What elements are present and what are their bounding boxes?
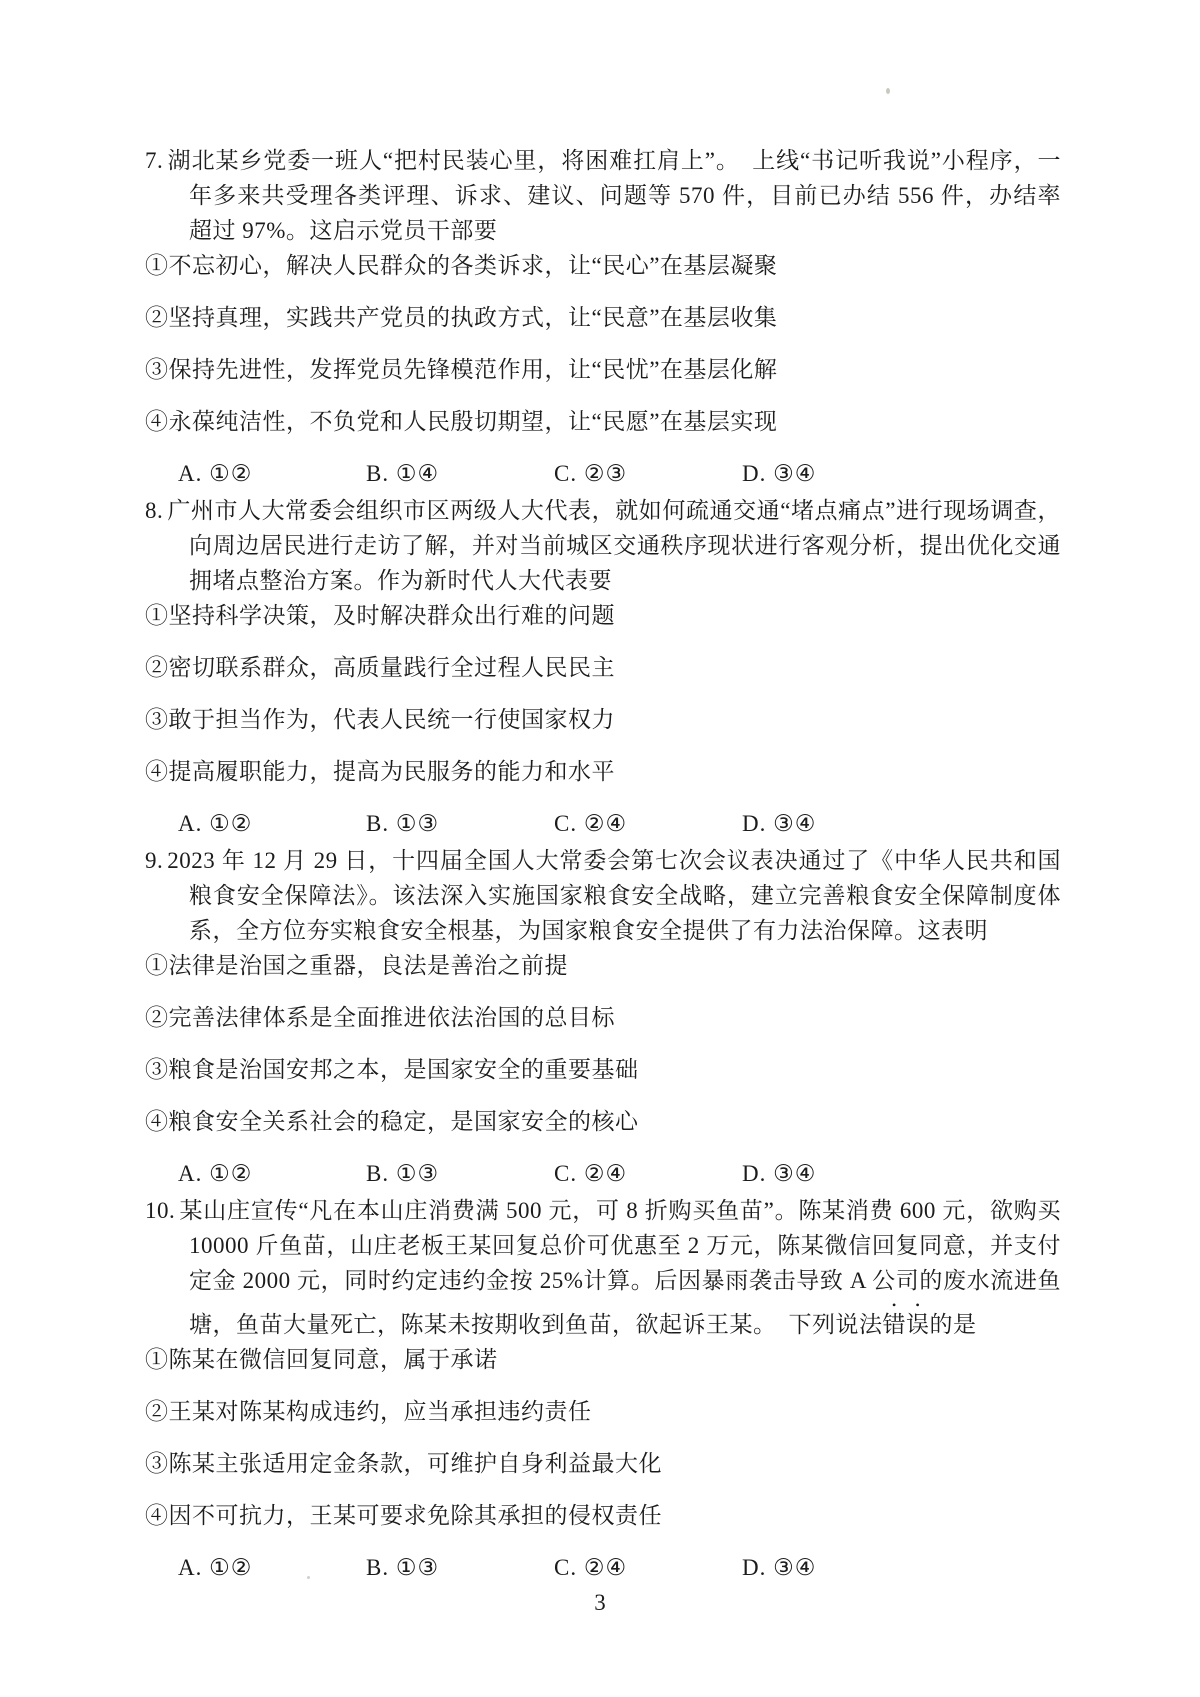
statement-option-3: ③粮食是治国安邦之本，是国家安全的重要基础 <box>145 1052 1061 1087</box>
choice-a: A. ①② <box>178 806 366 841</box>
statement-option-4: ④永葆纯洁性，不负党和人民殷切期望，让“民愿”在基层实现 <box>145 404 1061 439</box>
answer-choices-row: A. ①② B. ①③ C. ②④ D. ③④ <box>145 1550 1061 1585</box>
statement-option-1: ①陈某在微信回复同意，属于承诺 <box>145 1342 1061 1377</box>
statement-option-2: ②王某对陈某构成违约，应当承担违约责任 <box>145 1394 1061 1429</box>
exam-content: 7.湖北某乡党委一班人“把村民装心里，将困难扛肩上”。 上线“书记听我说”小程序… <box>145 143 1061 1587</box>
statement-option-1: ①不忘初心，解决人民群众的各类诉求，让“民心”在基层凝聚 <box>145 248 1061 283</box>
question-10-stem: 10.某山庄宣传“凡在本山庄消费满 500 元，可 8 折购买鱼苗”。陈某消费 … <box>145 1193 1061 1342</box>
statement-option-1: ①法律是治国之重器，良法是善治之前提 <box>145 948 1061 983</box>
choice-b: B. ①④ <box>366 456 554 491</box>
choice-c: C. ②④ <box>554 1550 742 1585</box>
statement-option-2: ②密切联系群众，高质量践行全过程人民民主 <box>145 650 1061 685</box>
statement-option-1: ①坚持科学决策，及时解决群众出行难的问题 <box>145 598 1061 633</box>
statement-option-2: ②完善法律体系是全面推进依法治国的总目标 <box>145 1000 1061 1035</box>
choice-c: C. ②④ <box>554 1156 742 1191</box>
statement-option-3: ③陈某主张适用定金条款，可维护自身利益最大化 <box>145 1446 1061 1481</box>
statement-option-3: ③保持先进性，发挥党员先锋模范作用，让“民忧”在基层化解 <box>145 352 1061 387</box>
question-stem-text: 2023 年 12 月 29 日，十四届全国人大常委会第七次会议表决通过了《中华… <box>167 848 1061 943</box>
question-8-stem: 8.广州市人大常委会组织市区两级人大代表，就如何疏通交通“堵点痛点”进行现场调查… <box>145 493 1061 598</box>
choice-a: A. ①② <box>178 456 366 491</box>
choice-c: C. ②③ <box>554 456 742 491</box>
question-stem-text: 广州市人大常委会组织市区两级人大代表，就如何疏通交通“堵点痛点”进行现场调查，向… <box>167 498 1061 593</box>
choice-b: B. ①③ <box>366 1156 554 1191</box>
emphasized-word: 错误 <box>883 1312 930 1337</box>
choice-b: B. ①③ <box>366 1550 554 1585</box>
choice-a: A. ①② <box>178 1156 366 1191</box>
statement-option-3: ③敢于担当作为，代表人民统一行使国家权力 <box>145 702 1061 737</box>
statement-option-2: ②坚持真理，实践共产党员的执政方式，让“民意”在基层收集 <box>145 300 1061 335</box>
question-10: 10.某山庄宣传“凡在本山庄消费满 500 元，可 8 折购买鱼苗”。陈某消费 … <box>145 1193 1061 1585</box>
question-number: 7. <box>145 148 163 173</box>
question-number: 10. <box>145 1198 175 1223</box>
choice-d: D. ③④ <box>742 1156 1061 1191</box>
choice-d: D. ③④ <box>742 806 1061 841</box>
question-7: 7.湖北某乡党委一班人“把村民装心里，将困难扛肩上”。 上线“书记听我说”小程序… <box>145 143 1061 491</box>
question-number: 8. <box>145 498 163 523</box>
choice-b: B. ①③ <box>366 806 554 841</box>
question-7-stem: 7.湖北某乡党委一班人“把村民装心里，将困难扛肩上”。 上线“书记听我说”小程序… <box>145 143 1061 248</box>
page-number: 3 <box>0 1590 1200 1616</box>
question-9: 9.2023 年 12 月 29 日，十四届全国人大常委会第七次会议表决通过了《… <box>145 843 1061 1191</box>
question-9-stem: 9.2023 年 12 月 29 日，十四届全国人大常委会第七次会议表决通过了《… <box>145 843 1061 948</box>
question-stem-suffix: 的是 <box>930 1312 977 1337</box>
question-stem-text: 湖北某乡党委一班人“把村民装心里，将困难扛肩上”。 上线“书记听我说”小程序，一… <box>167 148 1061 243</box>
choice-c: C. ②④ <box>554 806 742 841</box>
answer-choices-row: A. ①② B. ①③ C. ②④ D. ③④ <box>145 806 1061 841</box>
scan-artifact-dot <box>886 88 890 94</box>
choice-a: A. ①② <box>178 1550 366 1585</box>
statement-option-4: ④粮食安全关系社会的稳定，是国家安全的核心 <box>145 1104 1061 1139</box>
question-8: 8.广州市人大常委会组织市区两级人大代表，就如何疏通交通“堵点痛点”进行现场调查… <box>145 493 1061 841</box>
choice-d: D. ③④ <box>742 456 1061 491</box>
choice-d: D. ③④ <box>742 1550 1061 1585</box>
exam-page: 7.湖北某乡党委一班人“把村民装心里，将困难扛肩上”。 上线“书记听我说”小程序… <box>0 0 1200 1697</box>
answer-choices-row: A. ①② B. ①③ C. ②④ D. ③④ <box>145 1156 1061 1191</box>
statement-option-4: ④提高履职能力，提高为民服务的能力和水平 <box>145 754 1061 789</box>
question-number: 9. <box>145 848 163 873</box>
statement-option-4: ④因不可抗力，王某可要求免除其承担的侵权责任 <box>145 1498 1061 1533</box>
answer-choices-row: A. ①② B. ①④ C. ②③ D. ③④ <box>145 456 1061 491</box>
